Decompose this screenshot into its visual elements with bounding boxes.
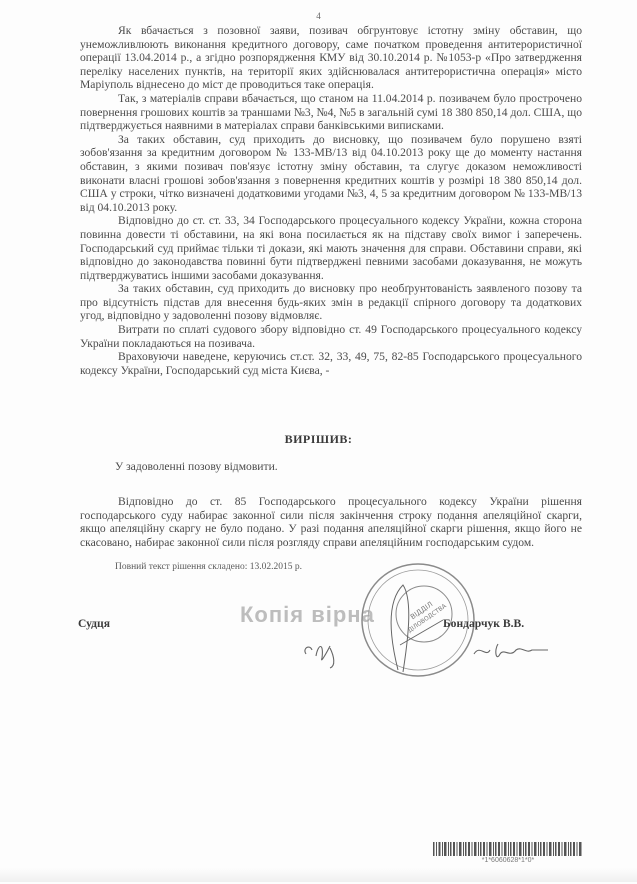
barcode-number: *1*6060628*1*0* <box>433 857 583 864</box>
full-text-note: Повний текст рішення складено: 13.02.201… <box>115 562 302 572</box>
page-number: 4 <box>0 11 637 21</box>
judge-label: Судця <box>78 617 110 630</box>
copy-stamp: Копія вірна <box>240 602 375 628</box>
paragraph-claim: Як вбачається з позовної заяви, позивач … <box>80 24 582 92</box>
effect-section: Відповідно до ст. 85 Господарського проц… <box>80 495 582 549</box>
decision-heading: ВИРІШИВ: <box>0 432 637 447</box>
paragraph-evidence: Відповідно до ст. ст. 33, 34 Господарськ… <box>80 214 582 282</box>
paragraph-overdue: Так, з матеріалів справи вбачається, що … <box>80 92 582 133</box>
barcode-icon <box>433 842 583 856</box>
paragraph-costs: Витрати по сплаті судового збору відпові… <box>80 323 582 350</box>
judge-name: Бондарчук В.В. <box>443 617 524 630</box>
scan-edge <box>0 868 637 882</box>
judge-signature-icon <box>470 636 550 666</box>
paragraph-grounds: Враховуючи наведене, керуючись ст.ст. 32… <box>80 350 582 377</box>
paragraph-conclusion: За таких обставин, суд приходить до висн… <box>80 282 582 323</box>
body-text: Як вбачається з позовної заяви, позивач … <box>80 24 582 377</box>
signature-mark-icon <box>300 634 360 670</box>
paragraph-breach: За таких обставин, суд приходить до висн… <box>80 133 582 215</box>
document-page: 4 Як вбачається з позовної заяви, позива… <box>0 0 637 884</box>
paragraph-effect: Відповідно до ст. 85 Господарського проц… <box>80 495 582 549</box>
decision-text: У задоволенні позову відмовити. <box>115 460 278 473</box>
